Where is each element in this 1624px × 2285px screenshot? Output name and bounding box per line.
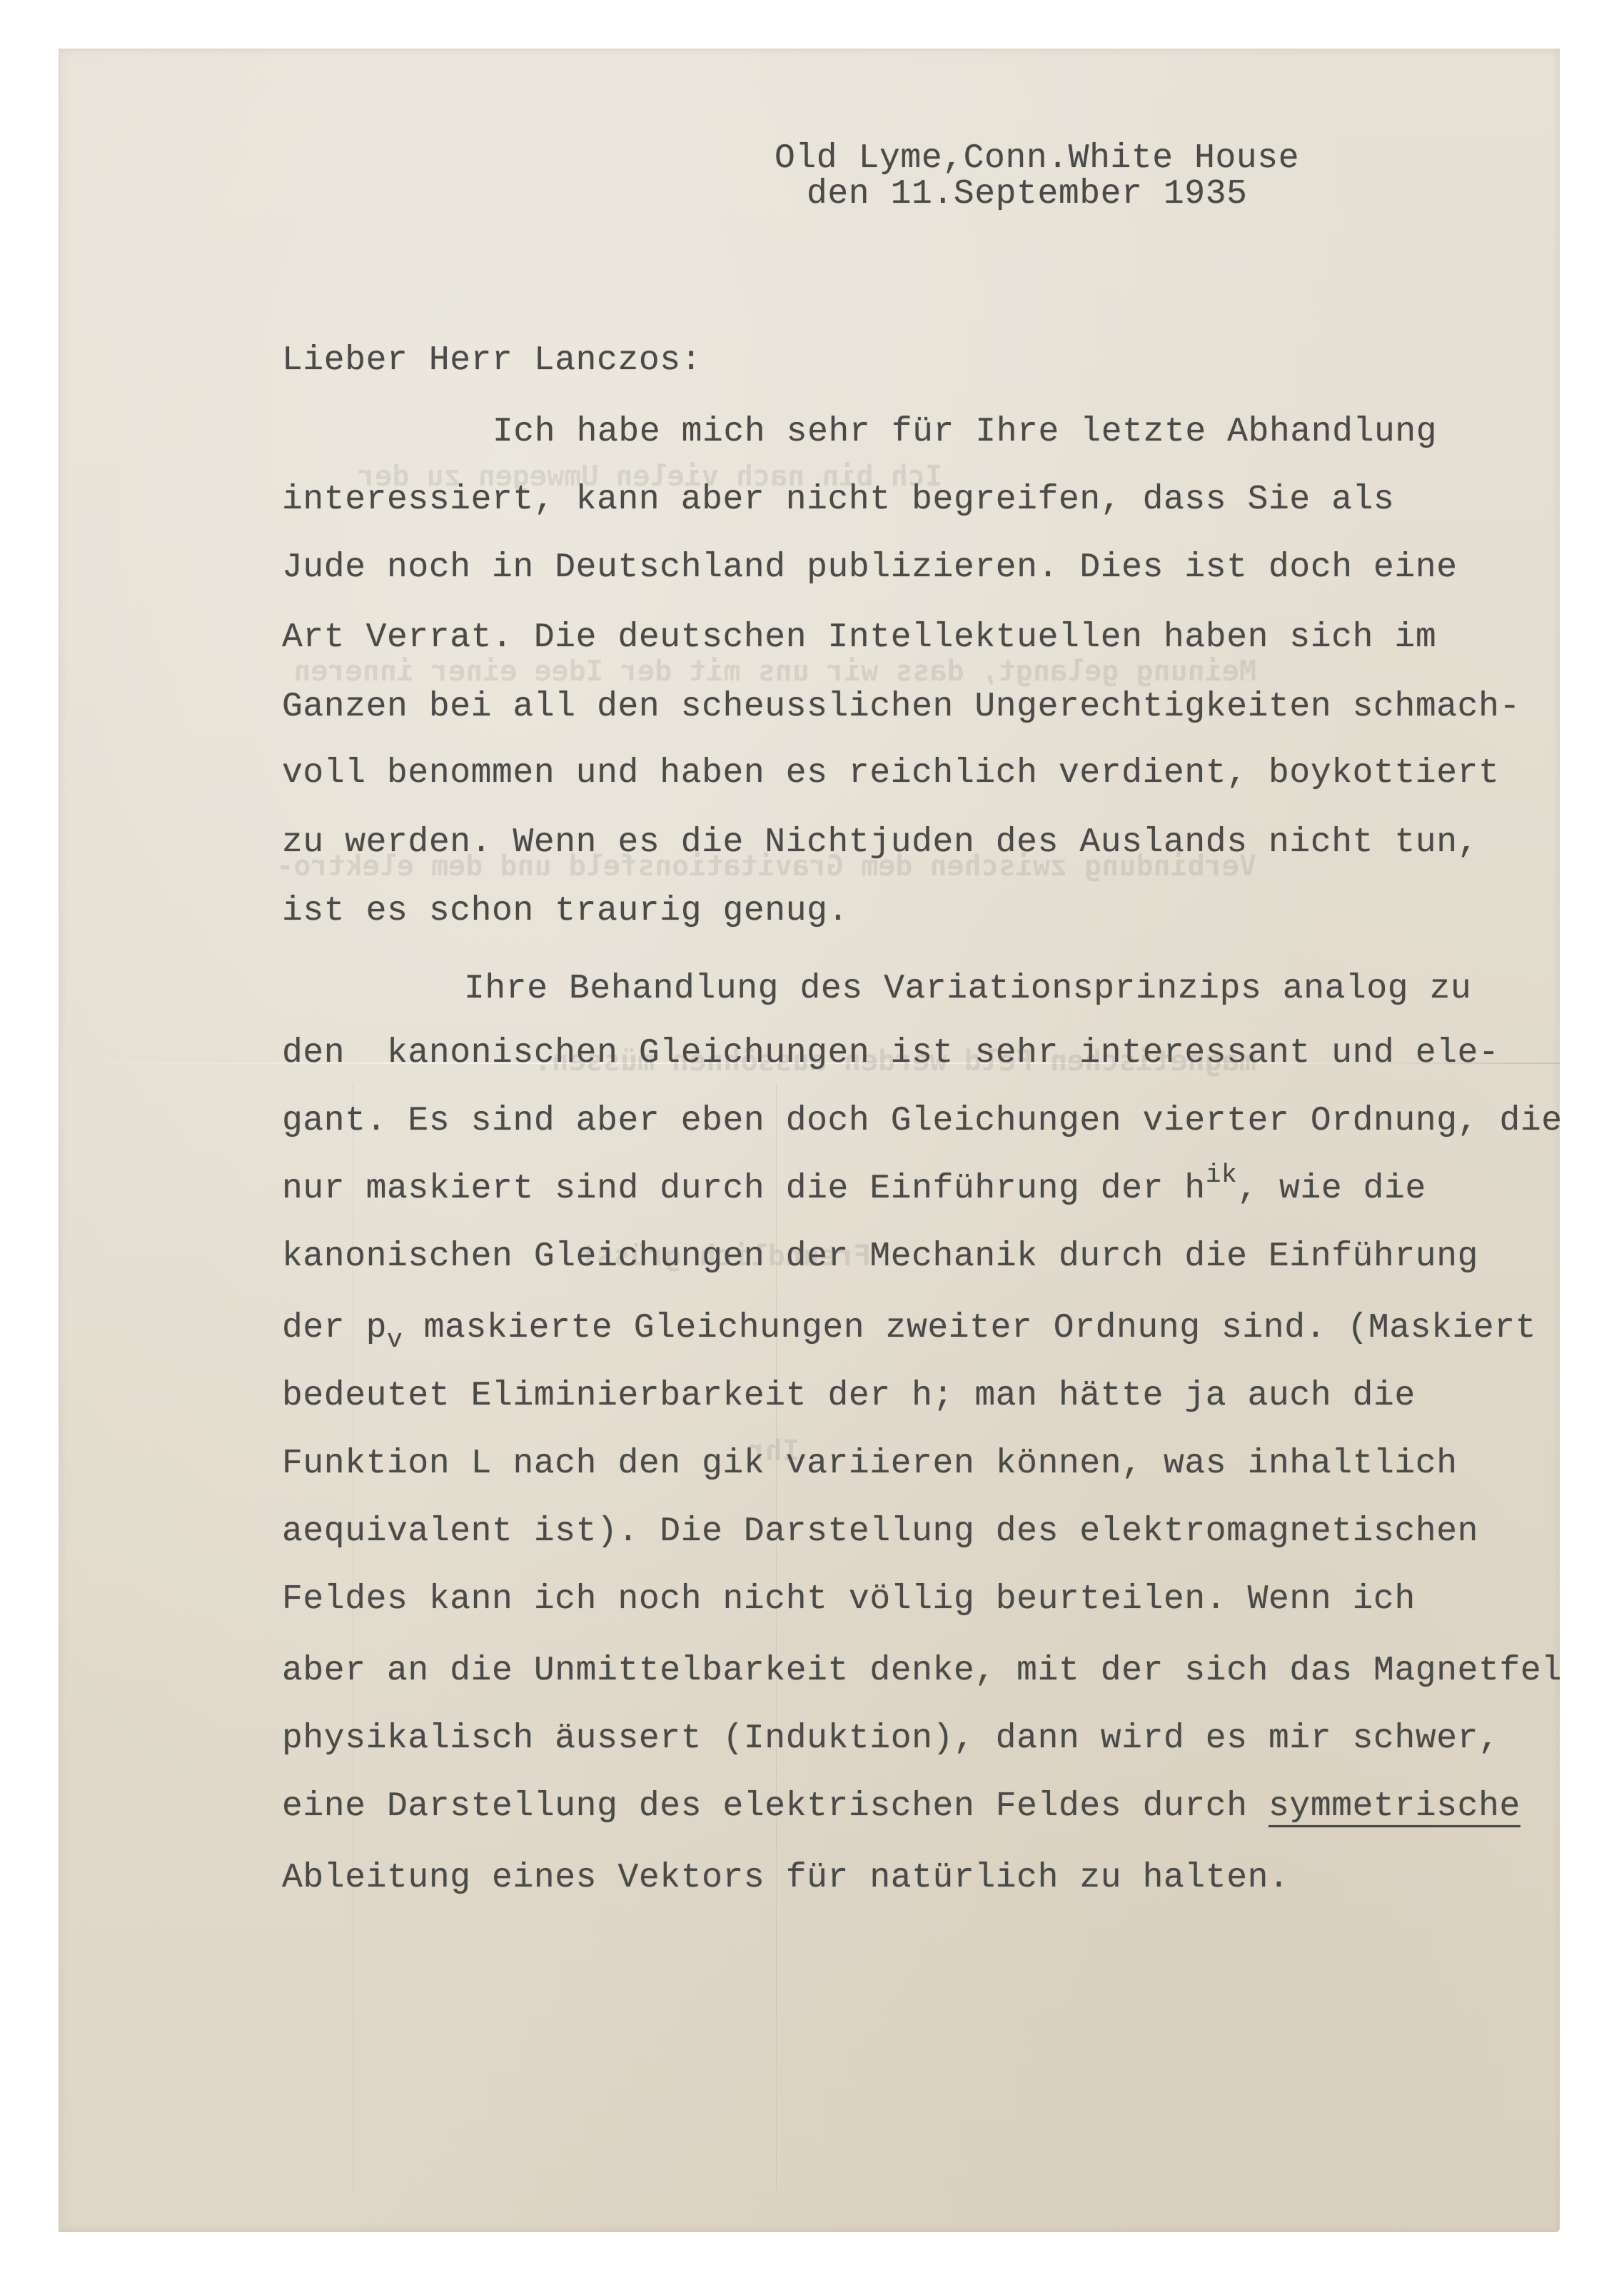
text-segment: maskierte Gleichungen zweiter Ordnung si… xyxy=(403,1309,1536,1347)
letter-salutation: Lieber Herr Lanczos: xyxy=(282,339,702,382)
text-line: Jude noch in Deutschland publizieren. Di… xyxy=(282,546,1458,589)
text-line: Feldes kann ich noch nicht völlig beurte… xyxy=(282,1578,1416,1621)
text-line: interessiert, kann aber nicht begreifen,… xyxy=(282,478,1394,521)
text-segment: der p xyxy=(282,1309,387,1347)
subscript-v: v xyxy=(387,1325,403,1355)
text-line: der pv maskierte Gleichungen zweiter Ord… xyxy=(282,1307,1536,1350)
text-line: kanonischen Gleichungen der Mechanik dur… xyxy=(282,1235,1478,1278)
letter-date: den 11.September 1935 xyxy=(807,175,1248,214)
text-line: voll benommen und haben es reichlich ver… xyxy=(282,752,1499,795)
text-segment: , wie die xyxy=(1237,1170,1426,1208)
text-line: Funktion L nach den gik variieren können… xyxy=(282,1442,1458,1485)
text-segment: nur maskiert sind durch die Einführung d… xyxy=(282,1170,1206,1208)
text-line: gant. Es sind aber eben doch Gleichungen… xyxy=(282,1100,1563,1142)
text-line: bedeutet Eliminierbarkeit der h; man hät… xyxy=(282,1375,1416,1417)
text-line: Art Verrat. Die deutschen Intellektuelle… xyxy=(282,616,1436,659)
text-line: eine Darstellung des elektrischen Feldes… xyxy=(282,1785,1520,1828)
superscript-ik: ik xyxy=(1206,1160,1237,1190)
letter-place: Old Lyme,Conn.White House xyxy=(775,139,1299,178)
text-line: Ich habe mich sehr für Ihre letzte Abhan… xyxy=(493,411,1437,453)
underlined-word: symmetrische xyxy=(1269,1787,1520,1826)
text-line: nur maskiert sind durch die Einführung d… xyxy=(282,1167,1426,1210)
text-line: aequivalent ist). Die Darstellung des el… xyxy=(282,1510,1478,1553)
text-line: physikalisch äussert (Induktion), dann w… xyxy=(282,1717,1499,1760)
text-line: Ganzen bei all den scheusslichen Ungerec… xyxy=(282,685,1520,728)
text-line: ist es schon traurig genug. xyxy=(282,890,849,933)
text-line: zu werden. Wenn es die Nichtjuden des Au… xyxy=(282,821,1478,864)
text-line: Ableitung eines Vektors für natürlich zu… xyxy=(282,1857,1289,1899)
text-segment: eine Darstellung des elektrischen Feldes… xyxy=(282,1787,1269,1826)
text-line: aber an die Unmittelbarkeit denke, mit d… xyxy=(282,1649,1560,1692)
text-line: Ihre Behandlung des Variationsprinzips a… xyxy=(464,968,1471,1010)
text-line: den kanonischen Gleichungen ist sehr int… xyxy=(282,1032,1499,1075)
